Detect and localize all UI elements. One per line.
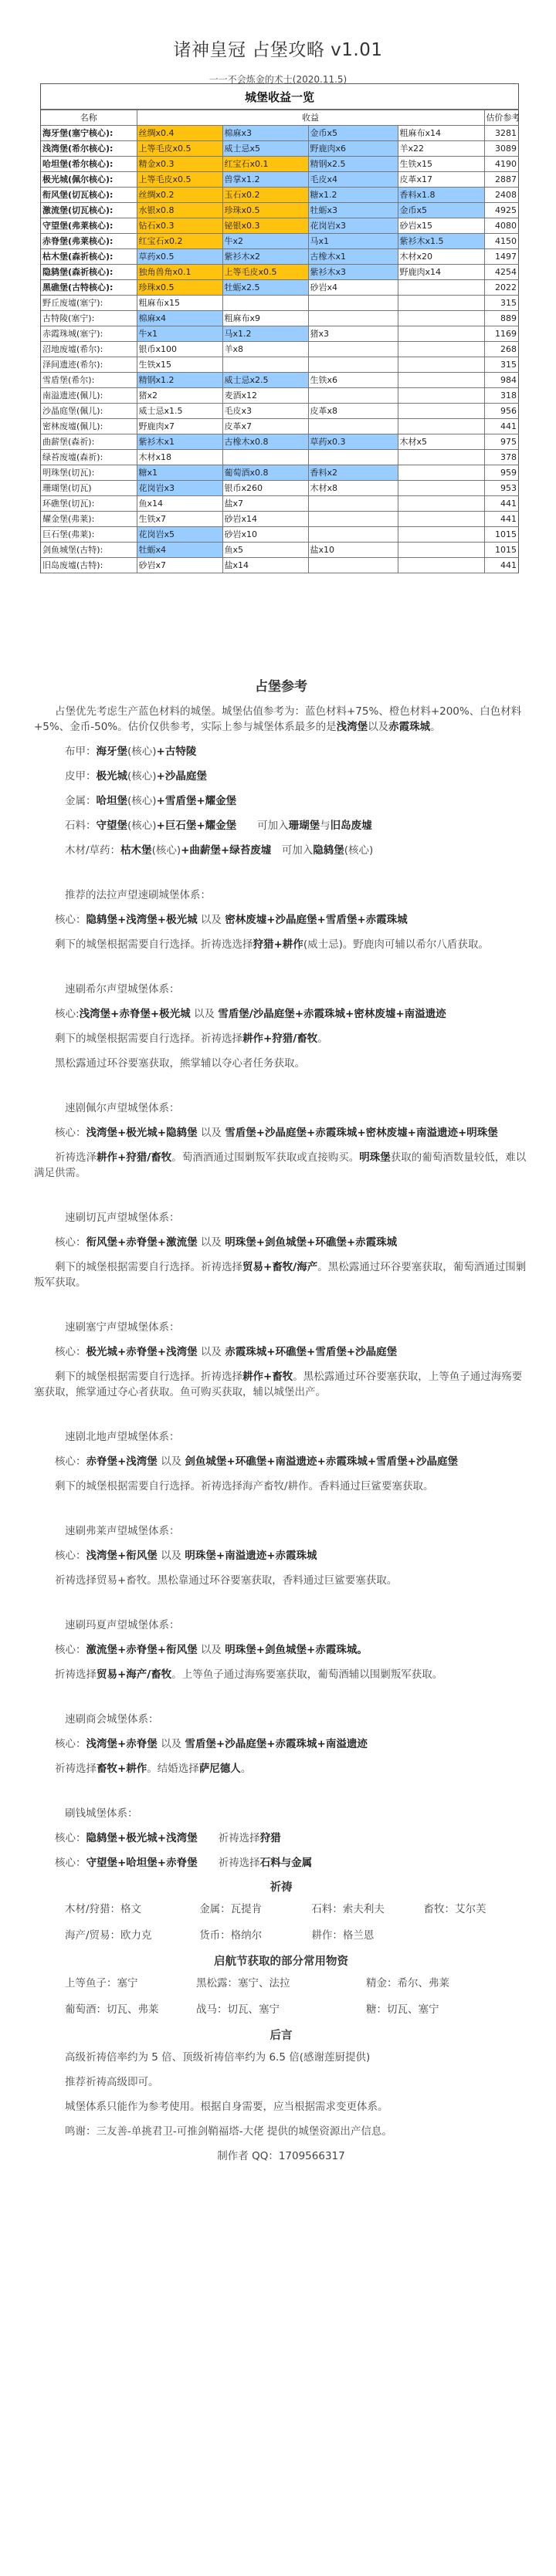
text-segment: 祈祷选择贸易+畜牧。黑松靠通过环谷要塞获取，香料通过巨鲨要塞获取。 [55,1574,397,1587]
highlight-text: 贸易+海产/畜牧 [97,1668,171,1681]
highlight-text: 耕作+畜牧 [242,1371,293,1383]
text-segment: 。 [241,1763,252,1775]
table-row: 沼地废墟(希尔):银币x100羊x8268 [41,342,519,357]
highlight-text: 守望堡+哈坦堡+赤脊堡 [86,1857,198,1869]
price-cell: 4925 [484,203,519,218]
highlight-text: +沙晶庭堡 [157,770,207,783]
system-paragraph: 核心：隐鸫堡+极光城+浅湾堡 祈祷选择狩猎 [34,1831,528,1846]
income-cell: 精钢x2.5 [308,157,398,172]
text-segment: 核心： [55,1127,86,1139]
table-row: 环礁堡(切瓦):鱼x14盐x7441 [41,496,519,512]
income-cell: 铋银x0.3 [222,218,308,234]
income-cell: 紫衫木x1 [137,434,222,450]
price-cell: 4150 [484,234,519,249]
table-row: 赤霞珠城(塞宁):牛x1马x1.2猪x31169 [41,326,519,342]
text-segment: 以及 [198,1644,225,1656]
income-cell: 牛x1 [137,326,222,342]
income-cell [222,450,308,465]
castle-name: 雪盾堡(希尔): [41,373,137,388]
header-income: 收益 [137,110,484,126]
income-cell [398,280,484,296]
castle-name: 枯木堡(森祈核心): [41,249,137,265]
income-cell: 砂岩x10 [222,527,308,543]
income-cell: 花岗岩x3 [137,481,222,496]
castle-name: 耀金堡(弗莱): [41,512,137,527]
afterword-line: 高级祈祷倍率约为 5 倍、顶级祈祷倍率约为 6.5 倍(感谢莲厨提供) [34,2050,528,2065]
table-row: 海牙堡(塞宁核心):丝绸x0.4棉麻x3金币x5粗麻布x143281 [41,126,519,141]
highlight-text: 赤脊堡+浅湾堡 [86,1455,158,1468]
castle-name: 明珠堡(切瓦): [41,465,137,481]
income-cell: 独角兽角x0.1 [137,265,222,280]
system-paragraph: 核心：浅湾堡+衔风堡 以及 明珠堡+南溢遗迹+赤霞珠城 [34,1548,528,1564]
income-cell [308,342,398,357]
highlight-text: 狩猎 [260,1832,281,1844]
table-row: 绿苔废墟(森祈):木材x18378 [41,450,519,465]
table-row: 野丘废墟(塞宁):粗麻布x15315 [41,296,519,311]
text-segment: 核心： [55,1455,86,1468]
table-row: 激流堡(切瓦核心):水银x0.8珍珠x0.5牡蛎x3金币x54925 [41,203,519,218]
highlight-text: 隐鸫堡 [313,844,344,857]
system-paragraph: 核心：浅湾堡+赤脊堡 以及 雪盾堡+沙晶庭堡+赤霞珠城+南溢遗迹 [34,1736,528,1752]
highlight-text: 密林废墟+沙晶庭堡+雪盾堡+赤霞珠城 [225,914,407,926]
highlight-text: 隐鸫堡+浅湾堡+极光城 [86,914,198,926]
table-row: 曲薪堡(森祈):紫衫木x1古橡木x0.8草药x0.3木材x5975 [41,434,519,450]
income-cell: 粗麻布x9 [222,311,308,326]
highlight-text: 耕作+狩猎/畜牧 [97,1151,171,1164]
text-segment: 以及 [158,1455,185,1468]
highlight-text: 极光城+赤脊堡+浅湾堡 [86,1346,198,1358]
highlight-text: 哈坦堡 [97,795,128,807]
income-cell [308,450,398,465]
price-cell: 2408 [484,188,519,203]
afterword-line: 推荐祈祷高级即可。 [34,2074,528,2090]
castle-name: 海牙堡(塞宁核心): [41,126,137,141]
text-segment: 剩下的城堡根据需要自行选择。祈祷选择 [55,1261,242,1273]
system-heading: 刷钱城堡体系： [34,1806,528,1821]
highlight-text: 明珠堡+南溢遗迹+赤霞珠城 [185,1550,317,1562]
text-segment: 。 [317,1033,328,1045]
income-cell: 皮革x7 [222,419,308,434]
festival-item: 战马：切瓦、塞宁 [196,2002,366,2017]
system-paragraph: 核心：极光城+赤脊堡+浅湾堡 以及 赤霞珠城+环礁堡+雪盾堡+沙晶庭堡 [34,1344,528,1360]
price-cell: 318 [484,388,519,404]
income-cell [398,357,484,373]
text-segment: 核心： [55,1857,86,1869]
text-segment: 金属： [65,795,97,807]
system-paragraph: 剩下的城堡根据需要自行选择。折祷选择耕作+畜牧。黑松露通过环谷要塞获取，上等鱼子… [34,1369,528,1400]
price-cell: 2887 [484,172,519,188]
highlight-text: 畜牧+耕作 [97,1763,147,1775]
highlight-text: 明珠堡 [359,1151,391,1164]
text-segment: 核心： [55,1644,86,1656]
highlight-text: 激流堡+赤脊堡+衔风堡 [86,1644,198,1656]
system-paragraph: 黑松露通过环谷要塞获取，熊掌辅以夺心者任务获取。 [34,1056,528,1071]
price-cell: 1169 [484,326,519,342]
price-cell: 315 [484,357,519,373]
price-cell: 441 [484,419,519,434]
text-segment: 。 [430,721,441,733]
table-row: 极光城(佩尔核心):上等毛皮x0.5兽掌x1.2毛皮x4皮革x172887 [41,172,519,188]
income-cell: 威士忌x5 [222,141,308,157]
income-cell [398,326,484,342]
income-cell [398,311,484,326]
header-price: 估价参考 [484,110,519,126]
text-segment: 核心： [55,1832,86,1844]
highlight-text: 雪盾堡+沙晶庭堡+赤霞珠城+南溢遗迹 [185,1738,367,1750]
text-segment: 黑松露通过环谷要塞获取，熊掌辅以夺心者任务获取。 [55,1057,305,1070]
table-header-row: 名称 收益 估价参考 [41,110,519,126]
text-segment: 以及 [158,1550,185,1562]
text-segment: 祈祷选泽 [55,1151,97,1164]
income-cell: 盐x14 [222,558,308,573]
income-cell: 花岗岩x5 [137,527,222,543]
income-cell: 皮革x8 [308,404,398,419]
income-cell: 砂岩x14 [222,512,308,527]
income-cell: 上等毛皮x0.5 [137,172,222,188]
system-heading: 速刷切瓦声望城堡体系： [34,1210,528,1225]
income-cell [222,357,308,373]
castle-name: 南溢遗迹(佩儿): [41,388,137,404]
income-table: 名称 收益 估价参考 海牙堡(塞宁核心):丝绸x0.4棉麻x3金币x5粗麻布x1… [41,110,519,573]
system-paragraph: 祈祷选择畜牧+耕作。结婚选择萨尼德人。 [34,1761,528,1776]
prayer-item: 木材/狩猎：格文 [65,1902,199,1917]
income-cell [222,296,308,311]
reference-title: 占堡参考 [34,679,528,695]
system-paragraph: 核心：衔风堡+赤脊堡+激流堡 以及 明珠堡+剑鱼城堡+环礁堡+赤霞珠城 [34,1235,528,1250]
income-cell: 粗麻布x14 [398,126,484,141]
income-cell [308,311,398,326]
text-segment: 核心: [55,1008,80,1020]
castle-name: 沙晶庭堡(佩儿): [41,404,137,419]
income-cell [398,419,484,434]
income-cell: 丝绸x0.4 [137,126,222,141]
income-cell: 马x1 [308,234,398,249]
highlight-text: +巨石堡+耀金堡 [157,820,237,832]
highlight-text: 雪盾堡/沙晶庭堡+赤霞珠城+密林废墟+南溢遗迹 [218,1008,446,1020]
reference-section: 占堡参考 占堡优先考虑生产蓝色材料的城堡。城堡估值参考为：蓝色材料+75%、橙色… [34,679,528,2173]
price-cell: 3089 [484,141,519,157]
income-cell: 砂岩x7 [137,558,222,573]
table-row: 南溢遗迹(佩儿):猪x2麦酒x12318 [41,388,519,404]
material-category: 皮甲：极光城(核心)+沙晶庭堡 [34,769,528,784]
text-segment: 祈祷选择 [55,1763,97,1775]
festival-item: 黑松露：塞宁、法拉 [196,1976,366,1991]
income-cell: 毛皮x4 [308,172,398,188]
table-row: 古特陵(塞宁):棉麻x4粗麻布x9889 [41,311,519,326]
material-category: 布甲：海牙堡(核心)+古特陵 [34,744,528,759]
castle-name: 剑鱼城堡(古特): [41,543,137,558]
material-category: 木材/草药：枯木堡(核心)+曲薪堡+绿苔废墟 可加入隐鸫堡(核心) [34,843,528,858]
income-cell: 草药x0.5 [137,249,222,265]
highlight-text: 衔风堡+赤脊堡+激流堡 [86,1236,198,1249]
price-cell: 953 [484,481,519,496]
text-segment: 核心： [55,914,86,926]
income-cell: 木材x8 [308,481,398,496]
system-heading: 速刷塞宁声望城堡体系： [34,1320,528,1335]
text-segment: 布甲： [65,745,97,758]
castle-name: 极光城(佩尔核心): [41,172,137,188]
table-row: 隐鸫堡(森祈核心):独角兽角x0.1上等毛皮x0.5紫衫木x3野鹿肉x14425… [41,265,519,280]
price-cell: 315 [484,296,519,311]
income-cell [308,527,398,543]
income-cell [308,558,398,573]
highlight-text: 雪盾堡+沙晶庭堡+赤霞珠城+密林废墟+南溢遗迹+明珠堡 [225,1127,498,1139]
income-cell: 生铁x15 [137,357,222,373]
income-cell: 猪x3 [308,326,398,342]
festival-row: 葡萄酒：切瓦、弗莱战马：切瓦、塞宁糖：切瓦、塞宁 [34,2002,528,2017]
income-cell: 棉麻x3 [222,126,308,141]
price-cell: 441 [484,496,519,512]
table-row: 浅湾堡(希尔核心):上等毛皮x0.5威士忌x5野鹿肉x6羊x223089 [41,141,519,157]
prayer-item: 海产/贸易：欧力克 [65,1928,199,1943]
text-segment: 以及 [368,721,388,733]
income-cell: 钻石x0.3 [137,218,222,234]
price-cell: 889 [484,311,519,326]
prayer-row: 海产/贸易：欧力克货币：格纳尔耕作：格兰恩 [34,1928,528,1943]
income-cell: 羊x8 [222,342,308,357]
income-cell [398,527,484,543]
highlight-text: 浅湾堡+赤脊堡+极光城 [80,1008,191,1020]
table-row: 剑鱼城堡(古特):牡蛎x4鱼x5盐x101015 [41,543,519,558]
festival-item: 糖：切瓦、塞宁 [366,2002,520,2017]
castle-name: 赤霞珠城(塞宁): [41,326,137,342]
system-paragraph: 核心:浅湾堡+赤脊堡+极光城 以及 雪盾堡/沙晶庭堡+赤霞珠城+密林废墟+南溢遗… [34,1006,528,1022]
income-cell: 精金x0.3 [137,157,222,172]
price-cell: 3281 [484,126,519,141]
income-cell: 麦酒x12 [222,388,308,404]
table-row: 珊瑚堡(切瓦)花岗岩x3银币x260木材x8953 [41,481,519,496]
income-cell [398,296,484,311]
table-title: 城堡收益一览 [41,84,518,110]
text-segment: 占堡优先考虑生产蓝色材料的城堡。城堡估值参考为：蓝色材料+75%、橙色材料+20… [34,705,521,733]
income-cell [398,465,484,481]
castle-name: 古特陵(塞宁): [41,311,137,326]
page-title: 诸神皇冠 占堡攻略 v1.01 [0,35,556,61]
income-cell [398,481,484,496]
highlight-text: 枯木堡 [120,844,152,857]
intro-paragraph: 占堡优先考虑生产蓝色材料的城堡。城堡估值参考为：蓝色材料+75%、橙色材料+20… [34,704,528,735]
festival-item: 葡萄酒：切瓦、弗莱 [65,2002,196,2017]
highlight-text: +雪盾堡+耀金堡 [157,795,237,807]
system-paragraph: 核心：赤脊堡+浅湾堡 以及 剑鱼城堡+环礁堡+南溢遗迹+赤霞珠城+雪盾堡+沙晶庭… [34,1454,528,1469]
text-segment: 木材/草药： [65,844,120,857]
text-segment: 以及 [198,1346,225,1358]
income-cell: 草药x0.3 [308,434,398,450]
prayer-row: 木材/狩猎：格文金属：瓦提肯石料：索夫利夫畜牧：艾尔芙 [34,1902,528,1917]
system-paragraph: 剩下的城堡根据需要自行选择。祈祷选择耕作+狩猎/畜牧。 [34,1031,528,1046]
price-cell: 2022 [484,280,519,296]
system-heading: 速刷玛夏声望城堡体系： [34,1618,528,1633]
income-cell: 银币x100 [137,342,222,357]
castle-name: 绿苔废墟(森祈): [41,450,137,465]
text-segment: 祈祷选择 [198,1857,260,1869]
castle-name: 激流堡(切瓦核心): [41,203,137,218]
income-cell: 糖x1 [137,465,222,481]
text-segment: 可加入 [236,820,289,832]
header-name: 名称 [41,110,137,126]
income-cell: 兽掌x1.2 [222,172,308,188]
income-cell [398,404,484,419]
income-cell: 花岗岩x3 [308,218,398,234]
income-cell: 皮革x17 [398,172,484,188]
income-cell: 盐x10 [308,543,398,558]
income-cell: 精钢x1.2 [137,373,222,388]
text-segment: 以及 [158,1738,185,1750]
income-cell: 盐x7 [222,496,308,512]
income-cell [398,496,484,512]
text-segment: 石料： [65,820,97,832]
income-cell [308,419,398,434]
income-cell [308,357,398,373]
income-cell: 玉石x0.2 [222,188,308,203]
text-segment: 与 [320,820,331,832]
highlight-text: 守望堡 [97,820,128,832]
highlight-text: +曲薪堡+绿苔废墟 [181,844,271,857]
text-segment: 以及 [198,914,225,926]
income-cell [398,543,484,558]
text-segment: 剩下的城堡根据需要自行选择。折祷选选择 [55,938,253,951]
system-paragraph: 核心：守望堡+哈坦堡+赤脊堡 祈祷选择石料与金属 [34,1855,528,1871]
price-cell: 1015 [484,543,519,558]
income-cell: 牡蛎x2.5 [222,280,308,296]
prayer-title: 祈祷 [34,1880,528,1895]
income-cell: 珍珠x0.5 [137,280,222,296]
price-cell: 378 [484,450,519,465]
income-cell: 粗麻布x15 [137,296,222,311]
income-cell: 生铁x6 [308,373,398,388]
castle-name: 守望堡(弗莱核心): [41,218,137,234]
prayer-item: 耕作：格兰恩 [311,1928,423,1943]
highlight-text: 耕作+狩猎/畜牧 [242,1033,317,1045]
income-cell: 生铁x7 [137,512,222,527]
price-cell: 4190 [484,157,519,172]
table-row: 赤脊堡(弗莱核心):红宝石x0.2牛x2马x1紫衫木x1.54150 [41,234,519,249]
table-row: 哈坦堡(希尔核心):精金x0.3红宝石x0.1精钢x2.5生铁x154190 [41,157,519,172]
text-segment: 核心： [55,1236,86,1249]
afterword-line: 鸣谢：三友善-单挑君卫-可推剑鞘福塔-大佬 提供的城堡资源出产信息。 [34,2124,528,2139]
income-cell [308,496,398,512]
castle-name: 环礁堡(切瓦): [41,496,137,512]
system-paragraph: 核心：隐鸫堡+浅湾堡+极光城 以及 密林废墟+沙晶庭堡+雪盾堡+赤霞珠城 [34,912,528,928]
income-cell: 香料x2 [308,465,398,481]
income-cell: 马x1.2 [222,326,308,342]
highlight-text: 赤霞珠城 [388,721,430,733]
highlight-text: 旧岛废墟 [331,820,372,832]
income-cell: 砂岩x15 [398,218,484,234]
income-cell: 紫衫木x3 [308,265,398,280]
text-segment: 核心： [55,1738,86,1750]
income-cell: 鱼x5 [222,543,308,558]
festival-item: 精金：希尔、弗莱 [366,1976,520,1991]
afterword-line: 城堡体系只能作为参考使用。根据自身需要，应当根据需求变更体系。 [34,2099,528,2115]
income-cell [398,373,484,388]
table-row: 明珠堡(切瓦):糖x1葡萄酒x0.8香料x2959 [41,465,519,481]
income-cell: 棉麻x4 [137,311,222,326]
castle-name: 泽间遗迹(希尔): [41,357,137,373]
table-row: 泽间遗迹(希尔):生铁x15315 [41,357,519,373]
prayer-item [424,1928,528,1943]
income-cell: 野鹿肉x7 [137,419,222,434]
system-paragraph: 核心：激流堡+赤脊堡+衔风堡 以及 明珠堡+剑鱼城堡+赤霞珠城。 [34,1642,528,1658]
highlight-text: 赤霞珠城+环礁堡+雪盾堡+沙晶庭堡 [225,1346,397,1358]
price-cell: 268 [484,342,519,357]
income-cell: 木材x18 [137,450,222,465]
highlight-text: 浅湾堡+极光城+隐鸫堡 [86,1127,198,1139]
prayer-item: 畜牧：艾尔芙 [424,1902,528,1917]
table-row: 黑礁堡(古特核心):珍珠x0.5牡蛎x2.5砂岩x42022 [41,280,519,296]
text-segment: 祈祷选择 [198,1832,260,1844]
text-segment: (核心) [344,844,374,857]
material-category: 石料：守望堡(核心)+巨石堡+耀金堡 可加入珊瑚堡与旧岛废墟 [34,818,528,833]
table-row: 枯木堡(森祈核心):草药x0.5紫衫木x2古橡木x1木材x201497 [41,249,519,265]
price-cell: 4080 [484,218,519,234]
table-row: 密林废墟(佩儿):野鹿肉x7皮革x7441 [41,419,519,434]
author-qq: 制作者 QQ：1709566317 [34,2148,528,2164]
income-cell: 羊x22 [398,141,484,157]
material-category: 金属：哈坦堡(核心)+雪盾堡+耀金堡 [34,793,528,809]
text-segment: (核心) [152,844,181,857]
price-cell: 441 [484,512,519,527]
income-cell: 丝绸x0.2 [137,188,222,203]
highlight-text: 浅湾堡+赤脊堡 [86,1738,158,1750]
highlight-text: 狩猎+耕作 [253,938,303,951]
income-cell: 糖x1.2 [308,188,398,203]
income-cell: 紫衫木x1.5 [398,234,484,249]
income-cell: 牛x2 [222,234,308,249]
income-cell: 野鹿肉x14 [398,265,484,280]
castle-name: 曲薪堡(森祈): [41,434,137,450]
income-cell [398,388,484,404]
text-segment: (核心) [127,745,157,758]
text-segment: 。上等鱼子通过海殇要塞获取，葡萄酒辅以围剿叛军获取。 [171,1668,442,1681]
income-cell: 葡萄酒x0.8 [222,465,308,481]
income-cell: 珍珠x0.5 [222,203,308,218]
text-segment: 折祷选择 [55,1668,97,1681]
text-segment: (核心) [127,820,157,832]
income-cell [308,512,398,527]
text-segment: (威士忌)。野鹿肉可辅以希尔八盾获取。 [303,938,489,951]
festival-title: 启航节获取的部分常用物资 [34,1954,528,1969]
text-segment: 以及 [198,1127,225,1139]
castle-name: 密林废墟(佩儿): [41,419,137,434]
income-cell: 砂岩x4 [308,280,398,296]
text-segment: 剩下的城堡根据需要自行选择。折祷选择 [55,1371,242,1383]
income-cell: 紫衫木x2 [222,249,308,265]
income-cell: 木材x20 [398,249,484,265]
income-cell: 木材x5 [398,434,484,450]
text-segment: 皮甲： [65,770,97,783]
prayer-item: 石料：索夫利夫 [311,1902,423,1917]
highlight-text: 珊瑚堡 [289,820,320,832]
income-cell: 红宝石x0.2 [137,234,222,249]
text-segment: 可加入 [271,844,313,857]
castle-name: 隐鸫堡(森祈核心): [41,265,137,280]
prayer-item: 金属：瓦提肯 [199,1902,311,1917]
text-segment: 核心： [55,1346,86,1358]
income-cell [308,296,398,311]
price-cell: 441 [484,558,519,573]
castle-name: 旧岛废墟(古特): [41,558,137,573]
system-heading: 速刷商会城堡体系： [34,1712,528,1727]
highlight-text: 贸易+畜牧/海产 [242,1261,317,1273]
income-cell: 鱼x14 [137,496,222,512]
text-segment: 。萄酒酒通过围剿叛军获取或直接购买。 [171,1151,359,1164]
income-cell: 上等毛皮x0.5 [222,265,308,280]
system-heading: 速刷弗莱声望城堡体系： [34,1523,528,1539]
text-segment: 核心： [55,1550,86,1562]
castle-name: 赤脊堡(弗莱核心): [41,234,137,249]
highlight-text: 明珠堡+剑鱼城堡+环礁堡+赤霞珠城 [225,1236,397,1249]
